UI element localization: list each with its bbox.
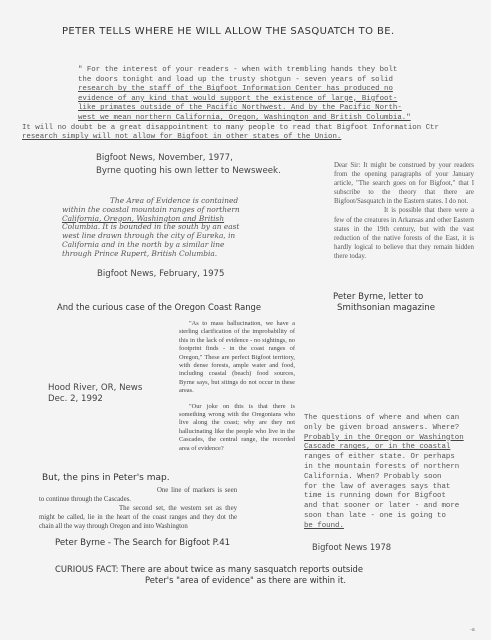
quote-line: " For the interest of your readers - whe… xyxy=(22,66,439,76)
quote-line: like primates outside of the Pacific Nor… xyxy=(22,104,439,114)
aoe-line: through Prince Rupert, British Columbia. xyxy=(62,250,240,259)
citation-bigfoot-news-1978: Bigfoot News 1978 xyxy=(312,542,391,552)
quote-continuation: research simply will not allow for Bigfo… xyxy=(22,133,439,143)
clipping-paragraph: "Our joke on this is that there is somet… xyxy=(179,403,295,453)
page-title: PETER TELLS WHERE HE WILL ALLOW THE SASQ… xyxy=(62,26,395,37)
citation-smithsonian: Peter Byrne, letter to Smithsonian magaz… xyxy=(333,292,435,314)
citation-bigfoot-news-1975: Bigfoot News, February, 1975 xyxy=(97,269,224,279)
letter-paragraph: It is possible that there were a few of … xyxy=(334,206,474,261)
bigfoot-news-1978-excerpt: The questions of where and when can only… xyxy=(304,414,464,532)
citation-search-for-bigfoot: Peter Byrne - The Search for Bigfoot P.4… xyxy=(55,538,230,548)
excerpt-paragraph: The second set, the western set as they … xyxy=(39,504,237,531)
letter-paragraph: Dear Sir: It might be construed by your … xyxy=(334,161,474,206)
page-mark: -a xyxy=(470,627,475,633)
bic-quote: " For the interest of your readers - whe… xyxy=(22,66,439,143)
citation-hood-river-news: Hood River, OR, News Dec. 2, 1992 xyxy=(48,383,142,405)
quote-line: evidence of any kind that would support … xyxy=(22,95,439,105)
news-clipping-mass-hallucination: "As to mass hallucination, we have a ste… xyxy=(179,320,295,460)
curious-fact: CURIOUS FACT: There are about twice as m… xyxy=(55,564,363,586)
section-heading-pins: But, the pins in Peter's map. xyxy=(42,473,170,483)
book-excerpt-pins: One line of markers is seen to continue … xyxy=(39,486,237,531)
quote-line: the doors tonight and load up the trusty… xyxy=(22,76,439,86)
clipping-paragraph: "As to mass hallucination, we have a ste… xyxy=(179,320,295,396)
excerpt-paragraph: One line of markers is seen to continue … xyxy=(39,486,237,504)
smithsonian-letter: Dear Sir: It might be construed by your … xyxy=(334,161,474,261)
quote-continuation: It will no doubt be a great disappointme… xyxy=(22,124,439,134)
quote-line: research by the staff of the Bigfoot Inf… xyxy=(22,85,439,95)
citation-bigfoot-news-1977: Bigfoot News, November, 1977, Byrne quot… xyxy=(96,152,281,178)
area-of-evidence-quote: The Area of Evidence is contained within… xyxy=(62,197,240,259)
section-heading-oregon: And the curious case of the Oregon Coast… xyxy=(57,302,261,312)
quote-line: west we mean northern California, Oregon… xyxy=(22,114,439,124)
